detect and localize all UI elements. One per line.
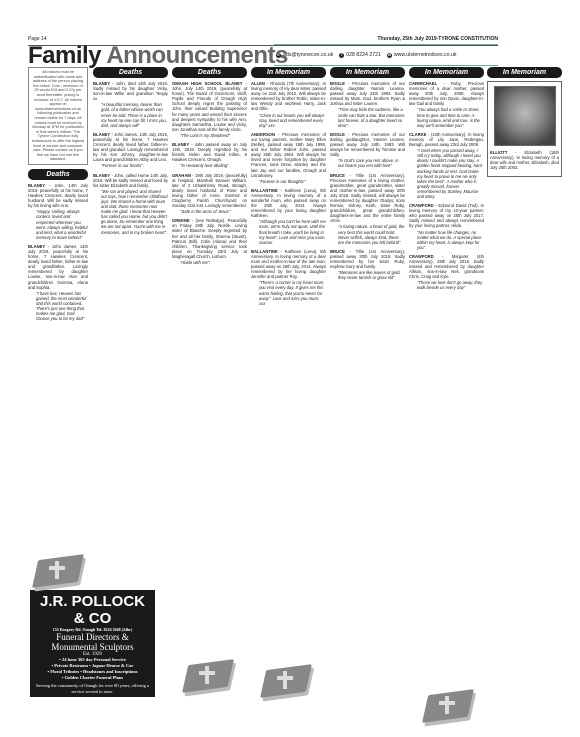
advert-closing: Serving the community of Omagh for over …: [33, 683, 152, 694]
column-2: Deaths BLANEY - John, died 14th July 201…: [93, 67, 168, 239]
phone-text: 028 8224 2721: [346, 52, 381, 58]
advert-line2: Monumental Sculptors: [33, 642, 152, 652]
notice-entry: ELLIOTT - Elizabeth (16th Anniversary). …: [490, 150, 559, 170]
notice-entry: BLANEY - John, called Home 14th July, 20…: [93, 173, 168, 235]
bible-icon: [258, 663, 314, 701]
dateline: Thursday, 25th July 2019-TYRONE CONSTITU…: [378, 36, 499, 42]
bible-icon: [180, 658, 236, 696]
notice-entry: GRAHAM - 19th July 2019, (peacefully) at…: [172, 173, 247, 215]
photo-notice: ELLIOTT - Elizabeth (16th Anniversary). …: [487, 81, 562, 177]
email-contact[interactable]: Eads@tyronecon.co.uk: [276, 52, 333, 58]
advert-line1: Funeral Directors &: [33, 632, 152, 642]
section-header-in-memoriam: In Memoriam: [251, 67, 326, 78]
phone-icon: T: [339, 53, 344, 58]
bible-icon: [30, 553, 86, 591]
notice-entry: GREENE - (nee Rutledge). Peacefully on F…: [172, 218, 247, 265]
notice-entry: BLANEY - John, 14th July 2019, peacefull…: [28, 183, 88, 240]
page-title: Family Announcements: [28, 42, 288, 70]
notice-entry: BRUCE - Tillie (1st Anniversary), Precio…: [330, 173, 405, 245]
web-icon: W: [387, 53, 392, 58]
advert-bullet: • Golden Charter Funeral Plans: [33, 675, 152, 681]
column-1: All notices must be authenticated with n…: [28, 67, 88, 325]
notice-entry: BALLANTINE - Kathleen (Lena), 5th Annive…: [251, 249, 326, 306]
section-header-in-memoriam: In Memoriam: [409, 67, 484, 78]
notice-entry: BRUCE - Tillie (1st Anniversary), passed…: [330, 249, 405, 281]
portrait-photo: [494, 86, 556, 146]
section-header-in-memoriam: In Memoriam: [330, 67, 405, 78]
notice-entry: ANDERSON - Precious memories of our lovi…: [251, 132, 326, 184]
notice-entry: ALLEN - Rhonda (7th Anniversary). In lov…: [251, 81, 326, 128]
notice-entry: BALLANTINE - Kathleen (Lena), 5th Annive…: [251, 188, 326, 245]
section-header-deaths: Deaths: [28, 169, 88, 180]
title-announcements: Announcements: [106, 42, 288, 69]
column-7: In Memoriam ELLIOTT - Elizabeth (16th An…: [487, 67, 562, 177]
notice-entry: CRAWFORD - Edmund David (Ted). In loving…: [409, 203, 484, 250]
funeral-advert: J.R. POLLOCK & CO 155 Doogary Rd. Omagh …: [30, 590, 155, 697]
column-4: In Memoriam ALLEN - Rhonda (7th Annivers…: [251, 67, 326, 310]
column-3: Deaths OMAGH HIGH SCHOOL BLANEY - John, …: [172, 67, 247, 269]
title-family: Family: [28, 42, 101, 69]
email-text: ads@tyronecon.co.uk: [283, 52, 333, 58]
notice-entry: OMAGH HIGH SCHOOL BLANEY - John, July 14…: [172, 81, 247, 138]
section-header-deaths: Deaths: [172, 67, 247, 78]
web-text: www.ulsternetnotices.co.uk: [394, 52, 457, 58]
web-contact[interactable]: Wwww.ulsternetnotices.co.uk: [387, 52, 457, 58]
section-header-in-memoriam: In Memoriam: [487, 67, 562, 78]
contact-bar: Eads@tyronecon.co.uk T028 8224 2721 Wwww…: [274, 44, 498, 66]
email-icon: E: [276, 53, 281, 58]
notice-entry: BOGLE - Precious memories of our darling…: [330, 132, 405, 169]
column-6: In Memoriam CARMICHAEL - Ruby, Precious …: [409, 67, 484, 295]
notice-entry: BOGLE - Precious memories of our darling…: [330, 81, 405, 128]
notice-entry: BLANEY - John passed away on July 14th, …: [172, 142, 247, 168]
notice-entry: CRAWFORD - Margaret (4th Anniversary), 2…: [409, 254, 484, 291]
section-header-deaths: Deaths: [93, 67, 168, 78]
notice-entry: CARMICHAEL - Ruby, Precious memories of …: [409, 81, 484, 128]
notice-entry: BLANEY - John, died 14th July 2019. Sadl…: [93, 81, 168, 128]
notice-entry: BLANEY - John James, 14th July 2019, pea…: [93, 132, 168, 169]
notice-entry: BLANEY - John James, 14th July 2019, pea…: [28, 244, 88, 321]
phone-contact[interactable]: T028 8224 2721: [339, 52, 381, 58]
advert-company-name: J.R. POLLOCK & CO: [33, 593, 152, 627]
bible-icon: [420, 688, 476, 726]
notice-box: All notices must be authenticated with n…: [28, 67, 88, 165]
notice-entry: CLARKE - (10th Anniversary). In loving m…: [409, 132, 484, 199]
column-5: In Memoriam BOGLE - Precious memories of…: [330, 67, 405, 284]
